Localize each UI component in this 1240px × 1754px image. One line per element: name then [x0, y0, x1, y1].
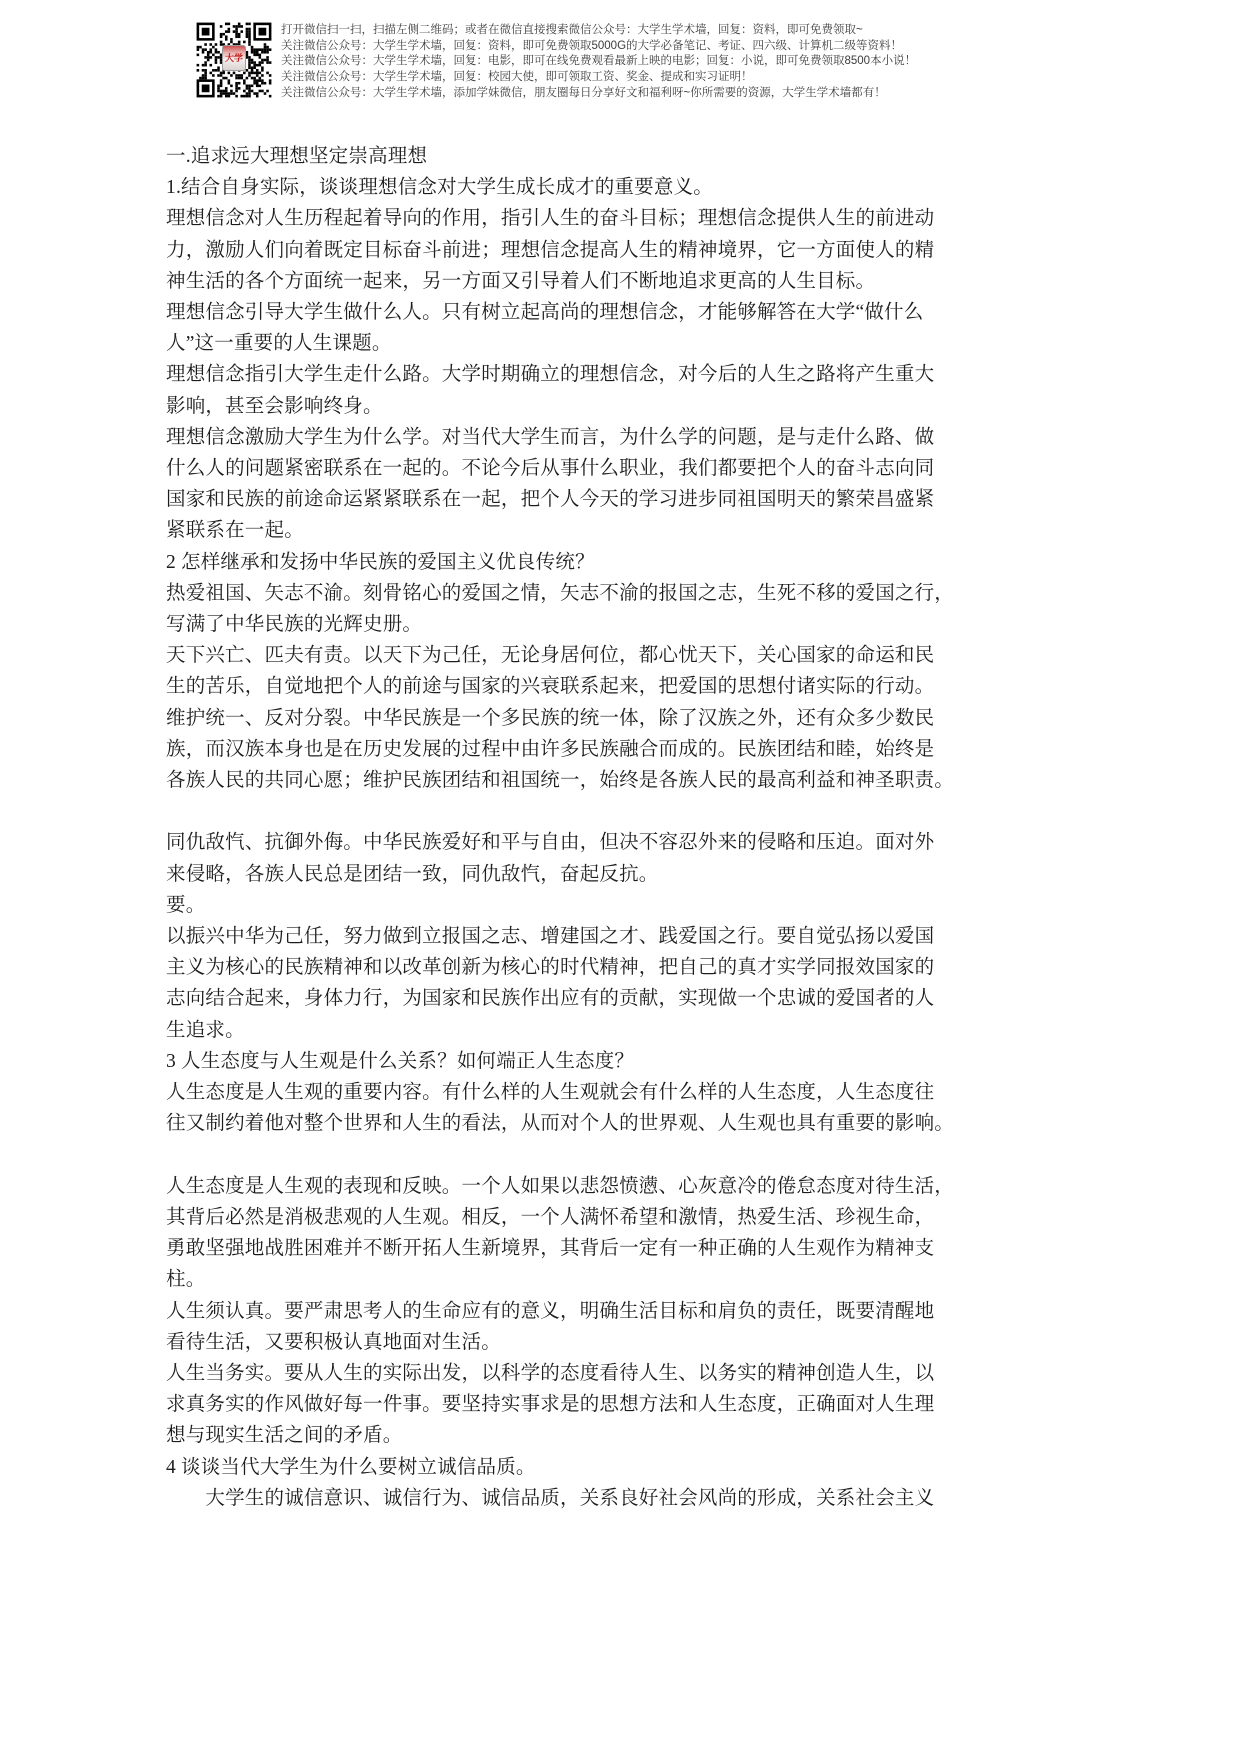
text-line: 人生态度是人生观的表现和反映。一个人如果以悲怨愤懑、心灰意冷的倦怠态度对待生活， — [166, 1171, 956, 1202]
text-line: 族，而汉族本身也是在历史发展的过程中由许多民族融合而成的。民族团结和睦，始终是 — [166, 734, 956, 765]
text-line: 理想信念激励大学生为什么学。对当代大学生而言，为什么学的问题，是与走什么路、做 — [166, 422, 956, 453]
promo-line: 关注微信公众号：大学生学术墙，回复：校园大使，即可领取工资、奖金、提成和实习证明… — [281, 70, 916, 86]
promo-line: 关注微信公众号：大学生学术墙，回复：电影，即可在线免费观看最新上映的电影；回复：… — [281, 54, 916, 70]
text-line: 写满了中华民族的光辉史册。 — [166, 609, 956, 640]
promo-line: 打开微信扫一扫，扫描左侧二维码；或者在微信直接搜索微信公众号：大学生学术墙，回复… — [281, 23, 916, 39]
text-line: 人生态度是人生观的重要内容。有什么样的人生观就会有什么样的人生态度，人生态度往 — [166, 1077, 956, 1108]
text-line: 看待生活，又要积极认真地面对生活。 — [166, 1327, 956, 1358]
text-line: 人生当务实。要从人生的实际出发，以科学的态度看待人生、以务实的精神创造人生，以 — [166, 1358, 956, 1389]
text-line — [166, 796, 956, 827]
promo-text-block: 打开微信扫一扫，扫描左侧二维码；或者在微信直接搜索微信公众号：大学生学术墙，回复… — [281, 20, 916, 102]
text-line: 3 人生态度与人生观是什么关系？如何端正人生态度？ — [166, 1046, 956, 1077]
text-line: 紧联系在一起。 — [166, 515, 956, 546]
text-line: 什么人的问题紧密联系在一起的。不论今后从事什么职业，我们都要把个人的奋斗志向同 — [166, 453, 956, 484]
promo-line: 关注微信公众号：大学生学术墙，添加学妹微信，朋友圈每日分享好文和福利呀~你所需要… — [281, 86, 916, 102]
text-line: 天下兴亡、匹夫有责。以天下为己任，无论身居何位，都心忧天下，关心国家的命运和民 — [166, 640, 956, 671]
text-line: 生的苦乐，自觉地把个人的前途与国家的兴衰联系起来，把爱国的思想付诸实际的行动。 — [166, 671, 956, 702]
text-line: 理想信念指引大学生走什么路。大学时期确立的理想信念，对今后的人生之路将产生重大 — [166, 359, 956, 390]
text-line: 维护统一、反对分裂。中华民族是一个多民族的统一体，除了汉族之外，还有众多少数民 — [166, 703, 956, 734]
text-line — [166, 1140, 956, 1171]
text-line: 求真务实的作风做好每一件事。要坚持实事求是的思想方法和人生态度，正确面对人生理 — [166, 1389, 956, 1420]
text-line: 一.追求远大理想坚定崇高理想 — [166, 141, 956, 172]
qr-code: 大学 — [196, 20, 272, 100]
text-line: 神生活的各个方面统一起来，另一方面又引导着人们不断地追求更高的人生目标。 — [166, 266, 956, 297]
text-line: 想与现实生活之间的矛盾。 — [166, 1420, 956, 1451]
promo-line: 关注微信公众号：大学生学术墙，回复：资料，即可免费领取5000G的大学必备笔记、… — [281, 39, 916, 55]
text-line: 人生须认真。要严肃思考人的生命应有的意义，明确生活目标和肩负的责任，既要清醒地 — [166, 1296, 956, 1327]
text-line: 影响，甚至会影响终身。 — [166, 391, 956, 422]
text-line: 1.结合自身实际，谈谈理想信念对大学生成长成才的重要意义。 — [166, 172, 956, 203]
text-line: 理想信念对人生历程起着导向的作用，指引人生的奋斗目标；理想信念提供人生的前进动 — [166, 203, 956, 234]
text-line: 以振兴中华为己任，努力做到立报国之志、增建国之才、践爱国之行。要自觉弘扬以爱国 — [166, 921, 956, 952]
text-line: 4 谈谈当代大学生为什么要树立诚信品质。 — [166, 1452, 956, 1483]
text-line: 来侵略，各族人民总是团结一致，同仇敌忾，奋起反抗。 — [166, 859, 956, 890]
text-line: 同仇敌忾、抗御外侮。中华民族爱好和平与自由，但决不容忍外来的侵略和压迫。面对外 — [166, 827, 956, 858]
text-line: 理想信念引导大学生做什么人。只有树立起高尚的理想信念，才能够解答在大学“做什么 — [166, 297, 956, 328]
promo-header: 大学 打开微信扫一扫，扫描左侧二维码；或者在微信直接搜索微信公众号：大学生学术墙… — [196, 20, 916, 102]
text-line: 大学生的诚信意识、诚信行为、诚信品质，关系良好社会风尚的形成，关系社会主义 — [166, 1483, 956, 1514]
qr-logo-label: 大学 — [225, 51, 243, 64]
text-line: 各族人民的共同心愿；维护民族团结和祖国统一，始终是各族人民的最高利益和神圣职责。 — [166, 765, 956, 796]
text-line: 力，激励人们向着既定目标奋斗前进；理想信念提高人生的精神境界，它一方面使人的精 — [166, 235, 956, 266]
text-line: 人”这一重要的人生课题。 — [166, 328, 956, 359]
text-line: 志向结合起来，身体力行，为国家和民族作出应有的贡献，实现做一个忠诚的爱国者的人 — [166, 983, 956, 1014]
text-line: 勇敢坚强地战胜困难并不断开拓人生新境界，其背后一定有一种正确的人生观作为精神支 — [166, 1233, 956, 1264]
text-line: 柱。 — [166, 1264, 956, 1295]
text-line: 主义为核心的民族精神和以改革创新为核心的时代精神，把自己的真才实学同报效国家的 — [166, 952, 956, 983]
qr-center-logo: 大学 — [222, 45, 246, 71]
text-line: 国家和民族的前途命运紧紧联系在一起，把个人今天的学习进步同祖国明天的繁荣昌盛紧 — [166, 484, 956, 515]
document-body: 一.追求远大理想坚定崇高理想1.结合自身实际，谈谈理想信念对大学生成长成才的重要… — [166, 141, 956, 1514]
text-line: 生追求。 — [166, 1015, 956, 1046]
text-line: 2 怎样继承和发扬中华民族的爱国主义优良传统？ — [166, 547, 956, 578]
text-line: 要。 — [166, 890, 956, 921]
text-line: 其背后必然是消极悲观的人生观。相反，一个人满怀希望和激情，热爱生活、珍视生命， — [166, 1202, 956, 1233]
document-page: 大学 打开微信扫一扫，扫描左侧二维码；或者在微信直接搜索微信公众号：大学生学术墙… — [0, 0, 1240, 1754]
text-line: 热爱祖国、矢志不渝。刻骨铭心的爱国之情，矢志不渝的报国之志，生死不移的爱国之行， — [166, 578, 956, 609]
text-line: 往又制约着他对整个世界和人生的看法，从而对个人的世界观、人生观也具有重要的影响。 — [166, 1108, 956, 1139]
